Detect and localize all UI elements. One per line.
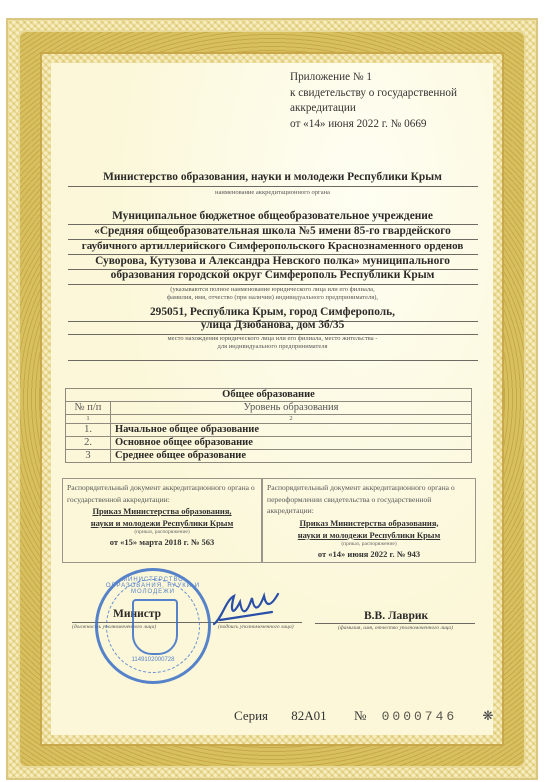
organization-line-1: Муниципальное бюджетное общеобразователь… <box>65 209 480 225</box>
address-caption-2: для индивидуального предпринимателя <box>65 343 480 350</box>
table-row: 2. Основное общее образование <box>66 437 472 450</box>
appendix-ref-2: аккредитации <box>290 101 457 117</box>
table-row: 3 Среднее общее образование <box>66 450 472 463</box>
authority-name: Министерство образования, науки и молоде… <box>65 170 480 186</box>
reissue-order-line-2: науки и молодежи Республики Крым <box>267 529 471 541</box>
coat-of-arms-icon <box>132 599 178 655</box>
divider <box>68 284 478 285</box>
series-label: Серия <box>234 708 268 723</box>
reissue-order-label: Распорядительный документ аккредитационн… <box>267 482 471 517</box>
accreditation-order-line-2: науки и молодежи Республики Крым <box>67 517 257 529</box>
organization-line-3: гаубичного артиллерийского Симферопольск… <box>62 239 483 255</box>
row-level: Основное общее образование <box>111 437 472 450</box>
column-header-number: № п/п <box>66 402 111 415</box>
column-number-1: 1 <box>66 415 111 424</box>
accreditation-order-line-1: Приказ Министерства образования, <box>67 505 257 517</box>
reissue-order-line-1: Приказ Министерства образования, <box>267 517 471 529</box>
series-number: Серия 82А01 № 0000746 ❋ <box>234 708 493 724</box>
signatory-name: В.В. Лаврик <box>364 610 428 622</box>
organization-line-5: образования городской округ Симферополь … <box>65 268 480 284</box>
row-number: 1. <box>66 424 111 437</box>
number-label: № <box>354 708 366 723</box>
appendix-ref: к свидетельству о государственной <box>290 86 457 102</box>
organization-caption-2: фамилия, имя, отчество (при наличии) инд… <box>65 294 480 301</box>
reissue-order-caption: (приказ, распоряжение) <box>267 541 471 548</box>
seal-ring-text: МИНИСТЕРСТВО ОБРАЗОВАНИЯ, НАУКИ И МОЛОДЕ… <box>98 577 208 595</box>
divider <box>68 360 478 361</box>
address-line-2: улица Дзюбанова, дом 3б/35 <box>65 318 480 334</box>
blank-number: 0000746 <box>382 709 458 724</box>
organization-caption-1: (указываются полное наименование юридиче… <box>65 286 480 293</box>
education-levels-table: Общее образование № п/п Уровень образова… <box>65 388 472 463</box>
address-caption-1: место нахождения юридического лица или е… <box>65 335 480 342</box>
reissue-order-date: от «14» июня 2022 г. № 943 <box>267 548 471 561</box>
name-line <box>315 623 475 624</box>
authority-caption: наименование аккредитационного органа <box>65 189 480 196</box>
table-row: 1. Начальное общее образование <box>66 424 472 437</box>
appendix-date: от «14» июня 2022 г. № 0669 <box>290 117 457 133</box>
row-level: Среднее общее образование <box>111 450 472 463</box>
accreditation-order-date: от «15» марта 2018 г. № 563 <box>67 536 257 549</box>
appendix-header: Приложение № 1 к свидетельству о государ… <box>290 70 457 132</box>
seal-code: 1149102000728 <box>98 657 208 663</box>
row-number: 2. <box>66 437 111 450</box>
reissue-order-box: Распорядительный документ аккредитационн… <box>262 478 476 563</box>
accreditation-order-box: Распорядительный документ аккредитационн… <box>62 478 262 563</box>
accreditation-order-label: Распорядительный документ аккредитационн… <box>67 482 257 505</box>
name-caption: (фамилия, имя, отчество уполномоченного … <box>338 625 453 631</box>
series-value: 82А01 <box>291 708 326 723</box>
accreditation-order-caption: (приказ, распоряжение) <box>67 529 257 536</box>
snowflake-mark-icon: ❋ <box>482 708 493 723</box>
column-number-2: 2 <box>111 415 472 424</box>
table-title: Общее образование <box>66 389 472 402</box>
divider <box>68 186 478 187</box>
handwritten-signature-icon <box>212 590 282 630</box>
appendix-number: Приложение № 1 <box>290 70 457 86</box>
organization-line-2: «Средняя общеобразовательная школа №5 им… <box>65 224 480 240</box>
column-header-level: Уровень образования <box>111 402 472 415</box>
row-level: Начальное общее образование <box>111 424 472 437</box>
official-seal: МИНИСТЕРСТВО ОБРАЗОВАНИЯ, НАУКИ И МОЛОДЕ… <box>95 568 211 684</box>
row-number: 3 <box>66 450 111 463</box>
